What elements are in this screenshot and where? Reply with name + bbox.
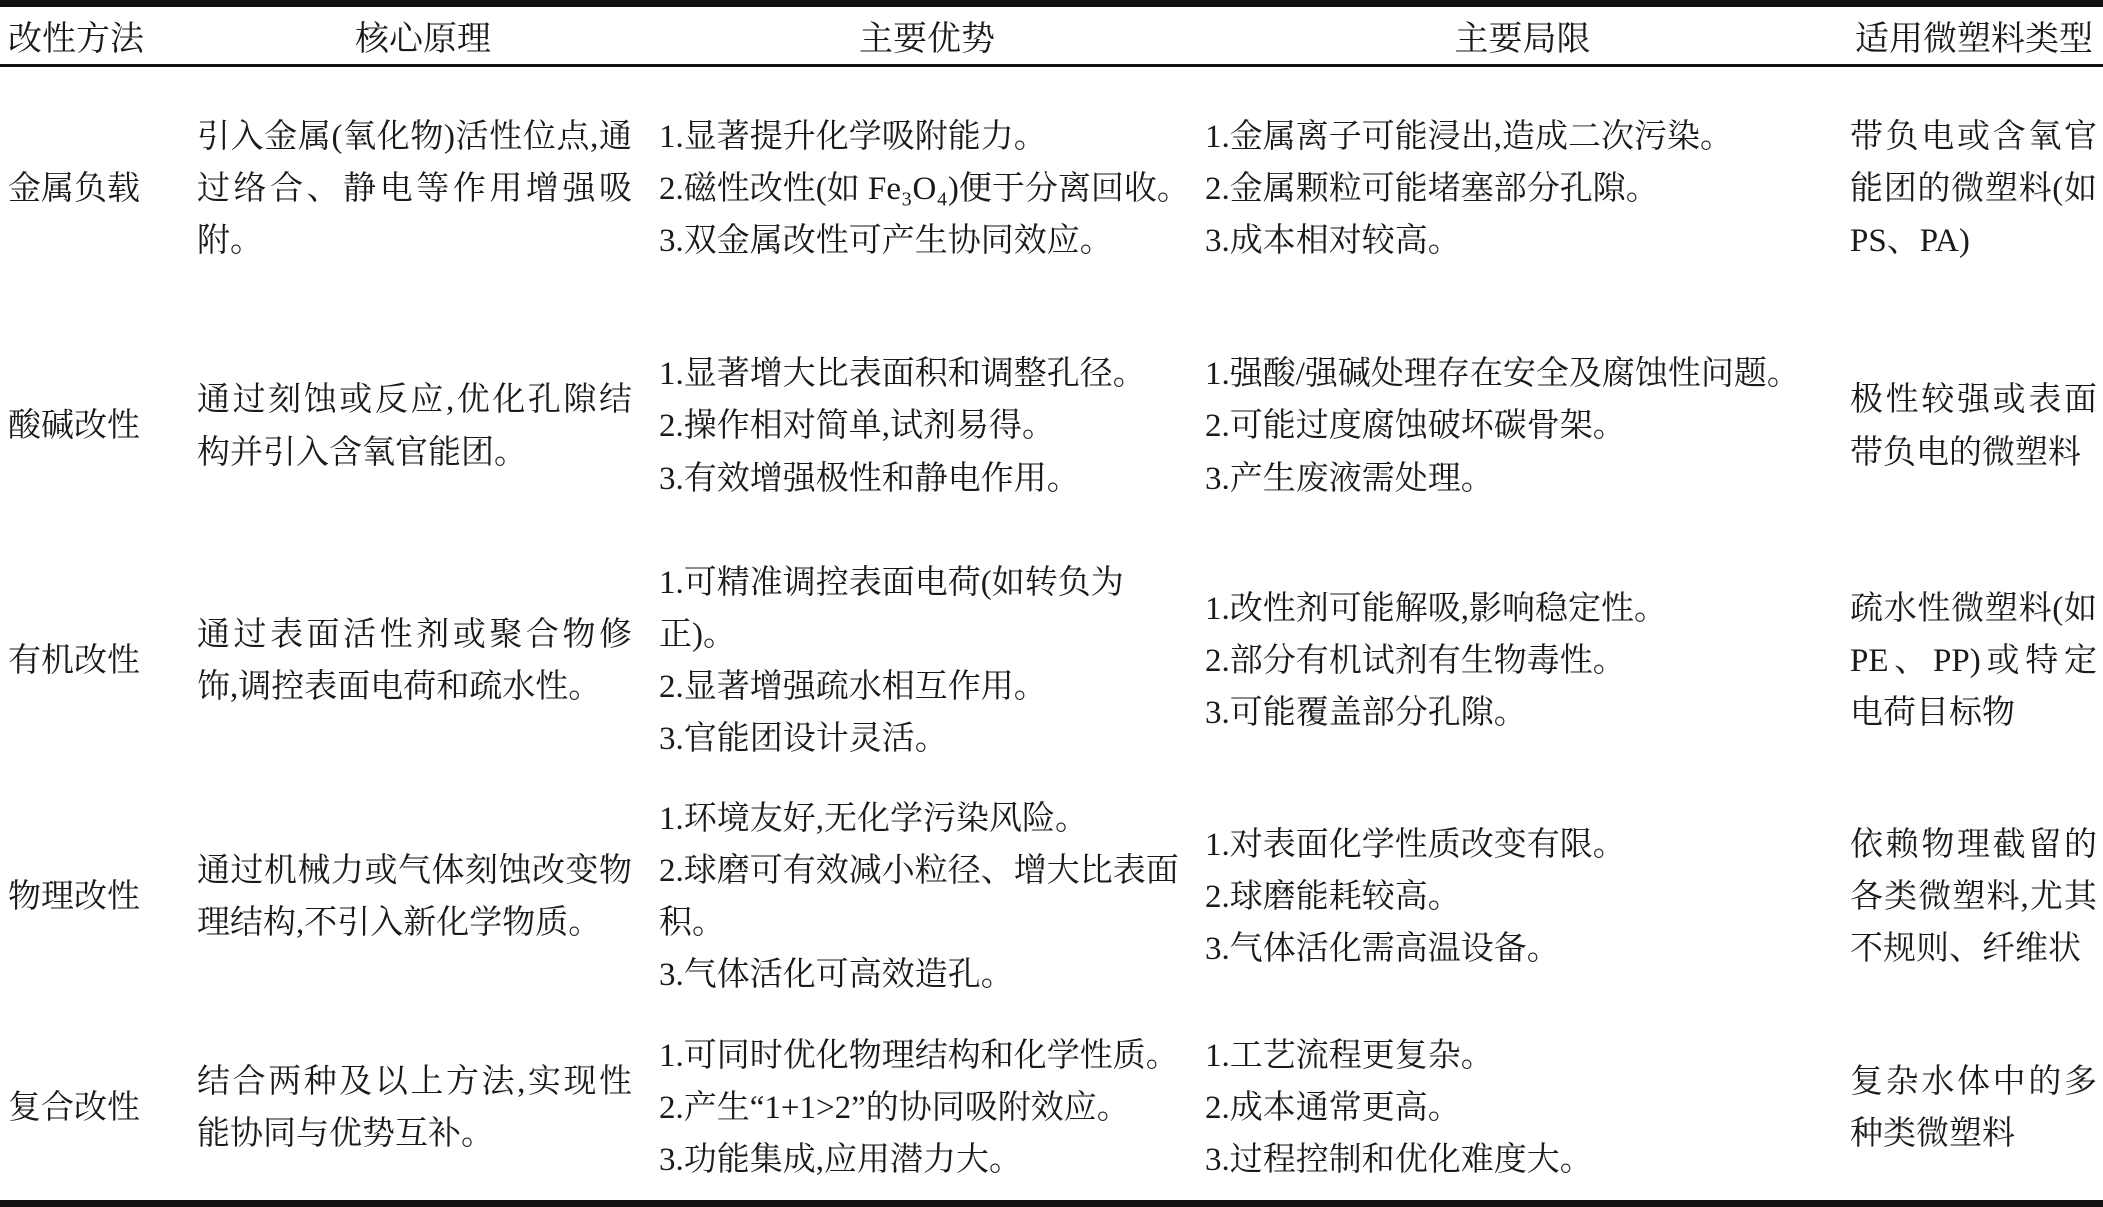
table-row: 物理改性 通过机械力或气体刻蚀改变物理结构,不引入新化学物质。 1.环境友好,无… bbox=[0, 779, 2103, 1016]
principle-cell: 通过表面活性剂或聚合物修饰,调控表面电荷和疏水性。 bbox=[192, 543, 654, 780]
limitation-item: 2.成本通常更高。 bbox=[1205, 1082, 1835, 1134]
advantage-item: 1.显著增大比表面积和调整孔径。 bbox=[659, 348, 1190, 400]
limitation-item: 2.球磨能耗较高。 bbox=[1205, 871, 1835, 923]
advantage-item: 2.磁性改性(如 Fe₃O₄)便于分离回收。 bbox=[659, 163, 1190, 215]
advantages-cell: 1.环境友好,无化学污染风险。 2.球磨可有效减小粒径、增大比表面积。 3.气体… bbox=[654, 779, 1200, 1016]
advantage-item: 2.球磨可有效减小粒径、增大比表面积。 bbox=[659, 845, 1190, 949]
advantage-item: 1.可精准调控表面电荷(如转负为正)。 bbox=[659, 557, 1190, 661]
applicable-cell: 带负电或含氧官能团的微塑料(如 PS、PA) bbox=[1845, 66, 2103, 311]
limitation-item: 2.部分有机试剂有生物毒性。 bbox=[1205, 635, 1835, 687]
method-cell: 复合改性 bbox=[0, 1016, 192, 1204]
advantage-item: 3.气体活化可高效造孔。 bbox=[659, 949, 1190, 1001]
advantage-item: 2.显著增强疏水相互作用。 bbox=[659, 661, 1190, 713]
limitation-item: 2.金属颗粒可能堵塞部分孔隙。 bbox=[1205, 163, 1835, 215]
principle-cell: 引入金属(氧化物)活性位点,通过络合、静电等作用增强吸附。 bbox=[192, 66, 654, 311]
column-header-advantages: 主要优势 bbox=[654, 4, 1200, 66]
applicable-cell: 疏水性微塑料(如 PE、PP)或特定电荷目标物 bbox=[1845, 543, 2103, 780]
advantage-item: 3.有效增强极性和静电作用。 bbox=[659, 453, 1190, 505]
advantages-cell: 1.显著增大比表面积和调整孔径。 2.操作相对简单,试剂易得。 3.有效增强极性… bbox=[654, 311, 1200, 543]
limitation-item: 1.对表面化学性质改变有限。 bbox=[1205, 819, 1835, 871]
header-row: 改性方法 核心原理 主要优势 主要局限 适用微塑料类型 bbox=[0, 4, 2103, 66]
advantages-cell: 1.可同时优化物理结构和化学性质。 2.产生“1+1>2”的协同吸附效应。 3.… bbox=[654, 1016, 1200, 1204]
limitation-item: 1.金属离子可能浸出,造成二次污染。 bbox=[1205, 111, 1835, 163]
limitation-item: 2.可能过度腐蚀破坏碳骨架。 bbox=[1205, 400, 1835, 452]
table-row: 金属负载 引入金属(氧化物)活性位点,通过络合、静电等作用增强吸附。 1.显著提… bbox=[0, 66, 2103, 311]
advantages-cell: 1.显著提升化学吸附能力。 2.磁性改性(如 Fe₃O₄)便于分离回收。 3.双… bbox=[654, 66, 1200, 311]
column-header-method: 改性方法 bbox=[0, 4, 192, 66]
limitations-cell: 1.工艺流程更复杂。 2.成本通常更高。 3.过程控制和优化难度大。 bbox=[1200, 1016, 1845, 1204]
limitations-cell: 1.强酸/强碱处理存在安全及腐蚀性问题。 2.可能过度腐蚀破坏碳骨架。 3.产生… bbox=[1200, 311, 1845, 543]
limitation-item: 3.成本相对较高。 bbox=[1205, 215, 1835, 267]
applicable-cell: 极性较强或表面带负电的微塑料 bbox=[1845, 311, 2103, 543]
limitations-cell: 1.金属离子可能浸出,造成二次污染。 2.金属颗粒可能堵塞部分孔隙。 3.成本相… bbox=[1200, 66, 1845, 311]
limitations-cell: 1.对表面化学性质改变有限。 2.球磨能耗较高。 3.气体活化需高温设备。 bbox=[1200, 779, 1845, 1016]
column-header-limitations: 主要局限 bbox=[1200, 4, 1845, 66]
principle-cell: 通过机械力或气体刻蚀改变物理结构,不引入新化学物质。 bbox=[192, 779, 654, 1016]
limitation-item: 3.气体活化需高温设备。 bbox=[1205, 923, 1835, 975]
advantage-item: 2.产生“1+1>2”的协同吸附效应。 bbox=[659, 1082, 1190, 1134]
table-row: 酸碱改性 通过刻蚀或反应,优化孔隙结构并引入含氧官能团。 1.显著增大比表面积和… bbox=[0, 311, 2103, 543]
applicable-cell: 依赖物理截留的各类微塑料,尤其不规则、纤维状 bbox=[1845, 779, 2103, 1016]
method-cell: 有机改性 bbox=[0, 543, 192, 780]
method-cell: 金属负载 bbox=[0, 66, 192, 311]
modification-methods-table: 改性方法 核心原理 主要优势 主要局限 适用微塑料类型 金属负载 引入金属(氧化… bbox=[0, 0, 2103, 1207]
column-header-applicable: 适用微塑料类型 bbox=[1845, 4, 2103, 66]
advantage-item: 3.功能集成,应用潜力大。 bbox=[659, 1134, 1190, 1186]
table-row: 复合改性 结合两种及以上方法,实现性能协同与优势互补。 1.可同时优化物理结构和… bbox=[0, 1016, 2103, 1204]
limitation-item: 1.工艺流程更复杂。 bbox=[1205, 1030, 1835, 1082]
applicable-cell: 复杂水体中的多种类微塑料 bbox=[1845, 1016, 2103, 1204]
column-header-principle: 核心原理 bbox=[192, 4, 654, 66]
advantage-item: 1.环境友好,无化学污染风险。 bbox=[659, 793, 1190, 845]
method-cell: 酸碱改性 bbox=[0, 311, 192, 543]
limitation-item: 1.强酸/强碱处理存在安全及腐蚀性问题。 bbox=[1205, 348, 1835, 400]
method-cell: 物理改性 bbox=[0, 779, 192, 1016]
table-row: 有机改性 通过表面活性剂或聚合物修饰,调控表面电荷和疏水性。 1.可精准调控表面… bbox=[0, 543, 2103, 780]
advantage-item: 1.显著提升化学吸附能力。 bbox=[659, 111, 1190, 163]
limitation-item: 3.可能覆盖部分孔隙。 bbox=[1205, 687, 1835, 739]
limitation-item: 3.过程控制和优化难度大。 bbox=[1205, 1134, 1835, 1186]
principle-cell: 通过刻蚀或反应,优化孔隙结构并引入含氧官能团。 bbox=[192, 311, 654, 543]
advantage-item: 3.双金属改性可产生协同效应。 bbox=[659, 215, 1190, 267]
advantage-item: 3.官能团设计灵活。 bbox=[659, 713, 1190, 765]
advantage-item: 1.可同时优化物理结构和化学性质。 bbox=[659, 1030, 1190, 1082]
limitation-item: 3.产生废液需处理。 bbox=[1205, 453, 1835, 505]
advantages-cell: 1.可精准调控表面电荷(如转负为正)。 2.显著增强疏水相互作用。 3.官能团设… bbox=[654, 543, 1200, 780]
advantage-item: 2.操作相对简单,试剂易得。 bbox=[659, 400, 1190, 452]
limitation-item: 1.改性剂可能解吸,影响稳定性。 bbox=[1205, 583, 1835, 635]
principle-cell: 结合两种及以上方法,实现性能协同与优势互补。 bbox=[192, 1016, 654, 1204]
limitations-cell: 1.改性剂可能解吸,影响稳定性。 2.部分有机试剂有生物毒性。 3.可能覆盖部分… bbox=[1200, 543, 1845, 780]
